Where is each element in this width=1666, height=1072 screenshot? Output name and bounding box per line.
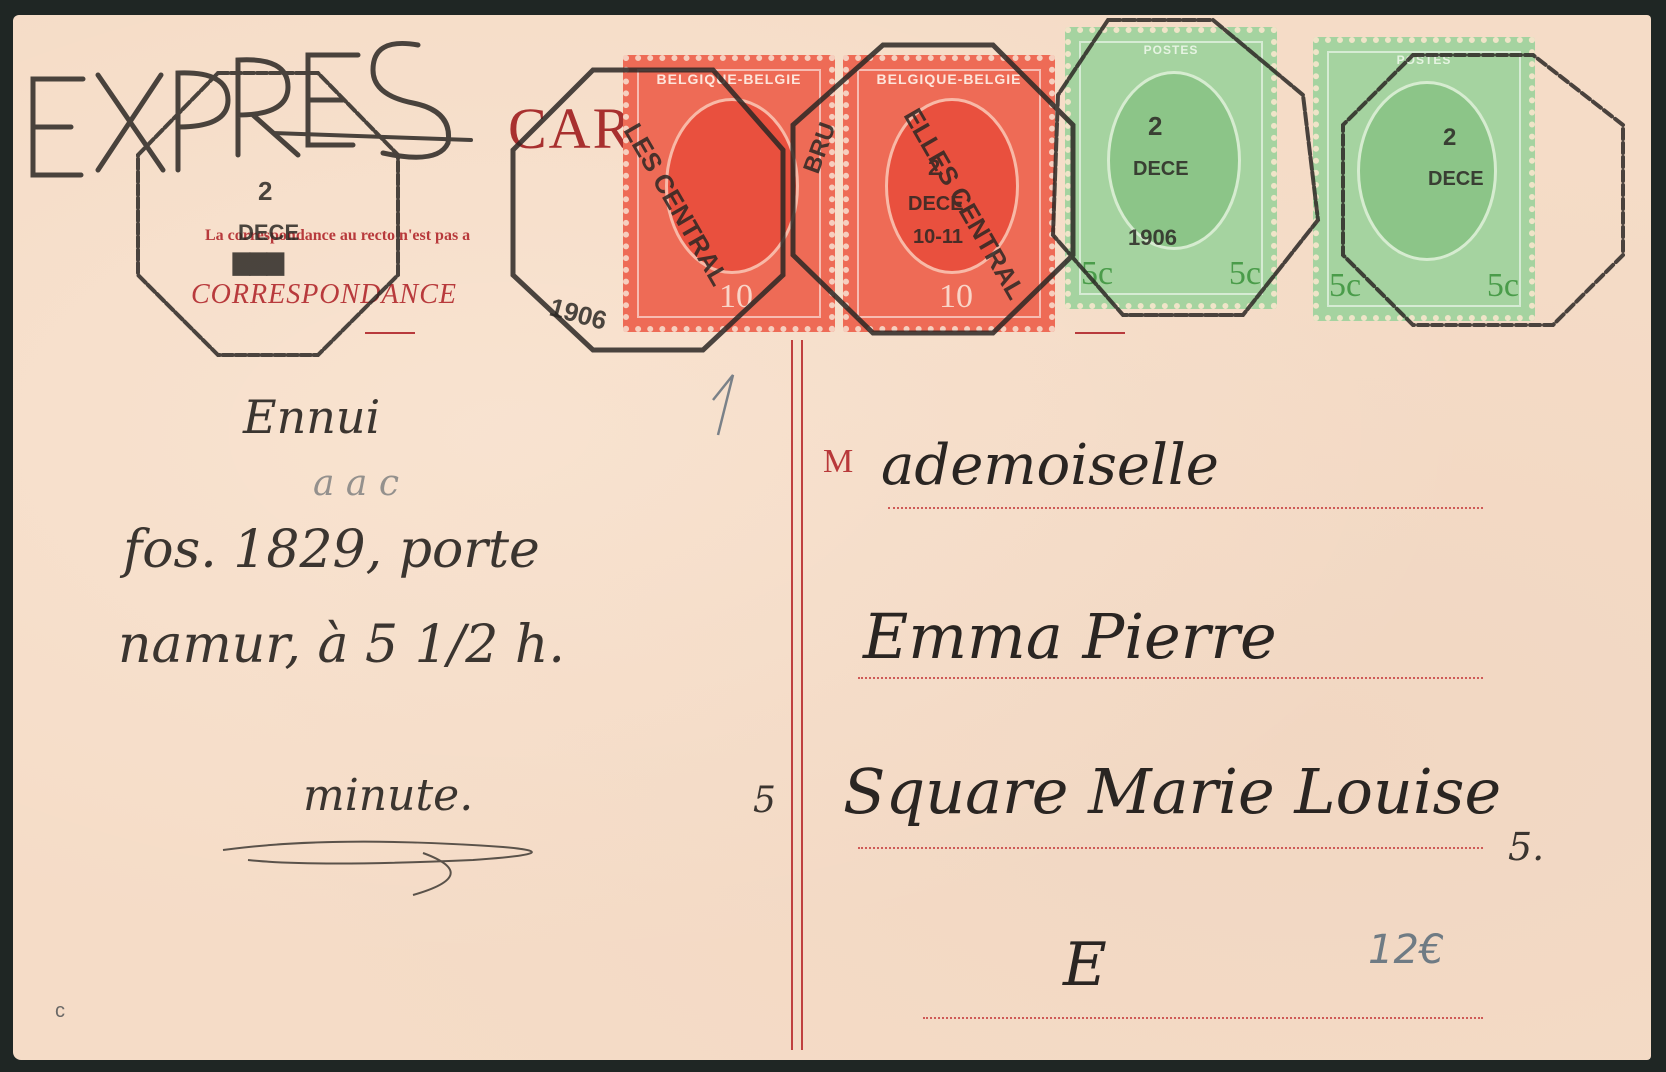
pencil-price: 12€ xyxy=(1368,927,1444,973)
address-line-1-text: ademoiselle xyxy=(881,433,1219,498)
address-line-2-text: Emma Pierre xyxy=(863,600,1277,673)
address-line-4-text: E xyxy=(1063,930,1107,1000)
address-line-3-text: Square Marie Louise xyxy=(843,755,1501,828)
margin-note: c xyxy=(55,1000,65,1023)
arrow-mark xyxy=(713,375,733,435)
street-number-left: 5 xyxy=(753,780,776,821)
street-number-right: 5. xyxy=(1508,825,1544,869)
postcard: CAR La correspondance au recto n'est pas… xyxy=(13,15,1651,1060)
signature-flourish xyxy=(13,15,1651,1060)
